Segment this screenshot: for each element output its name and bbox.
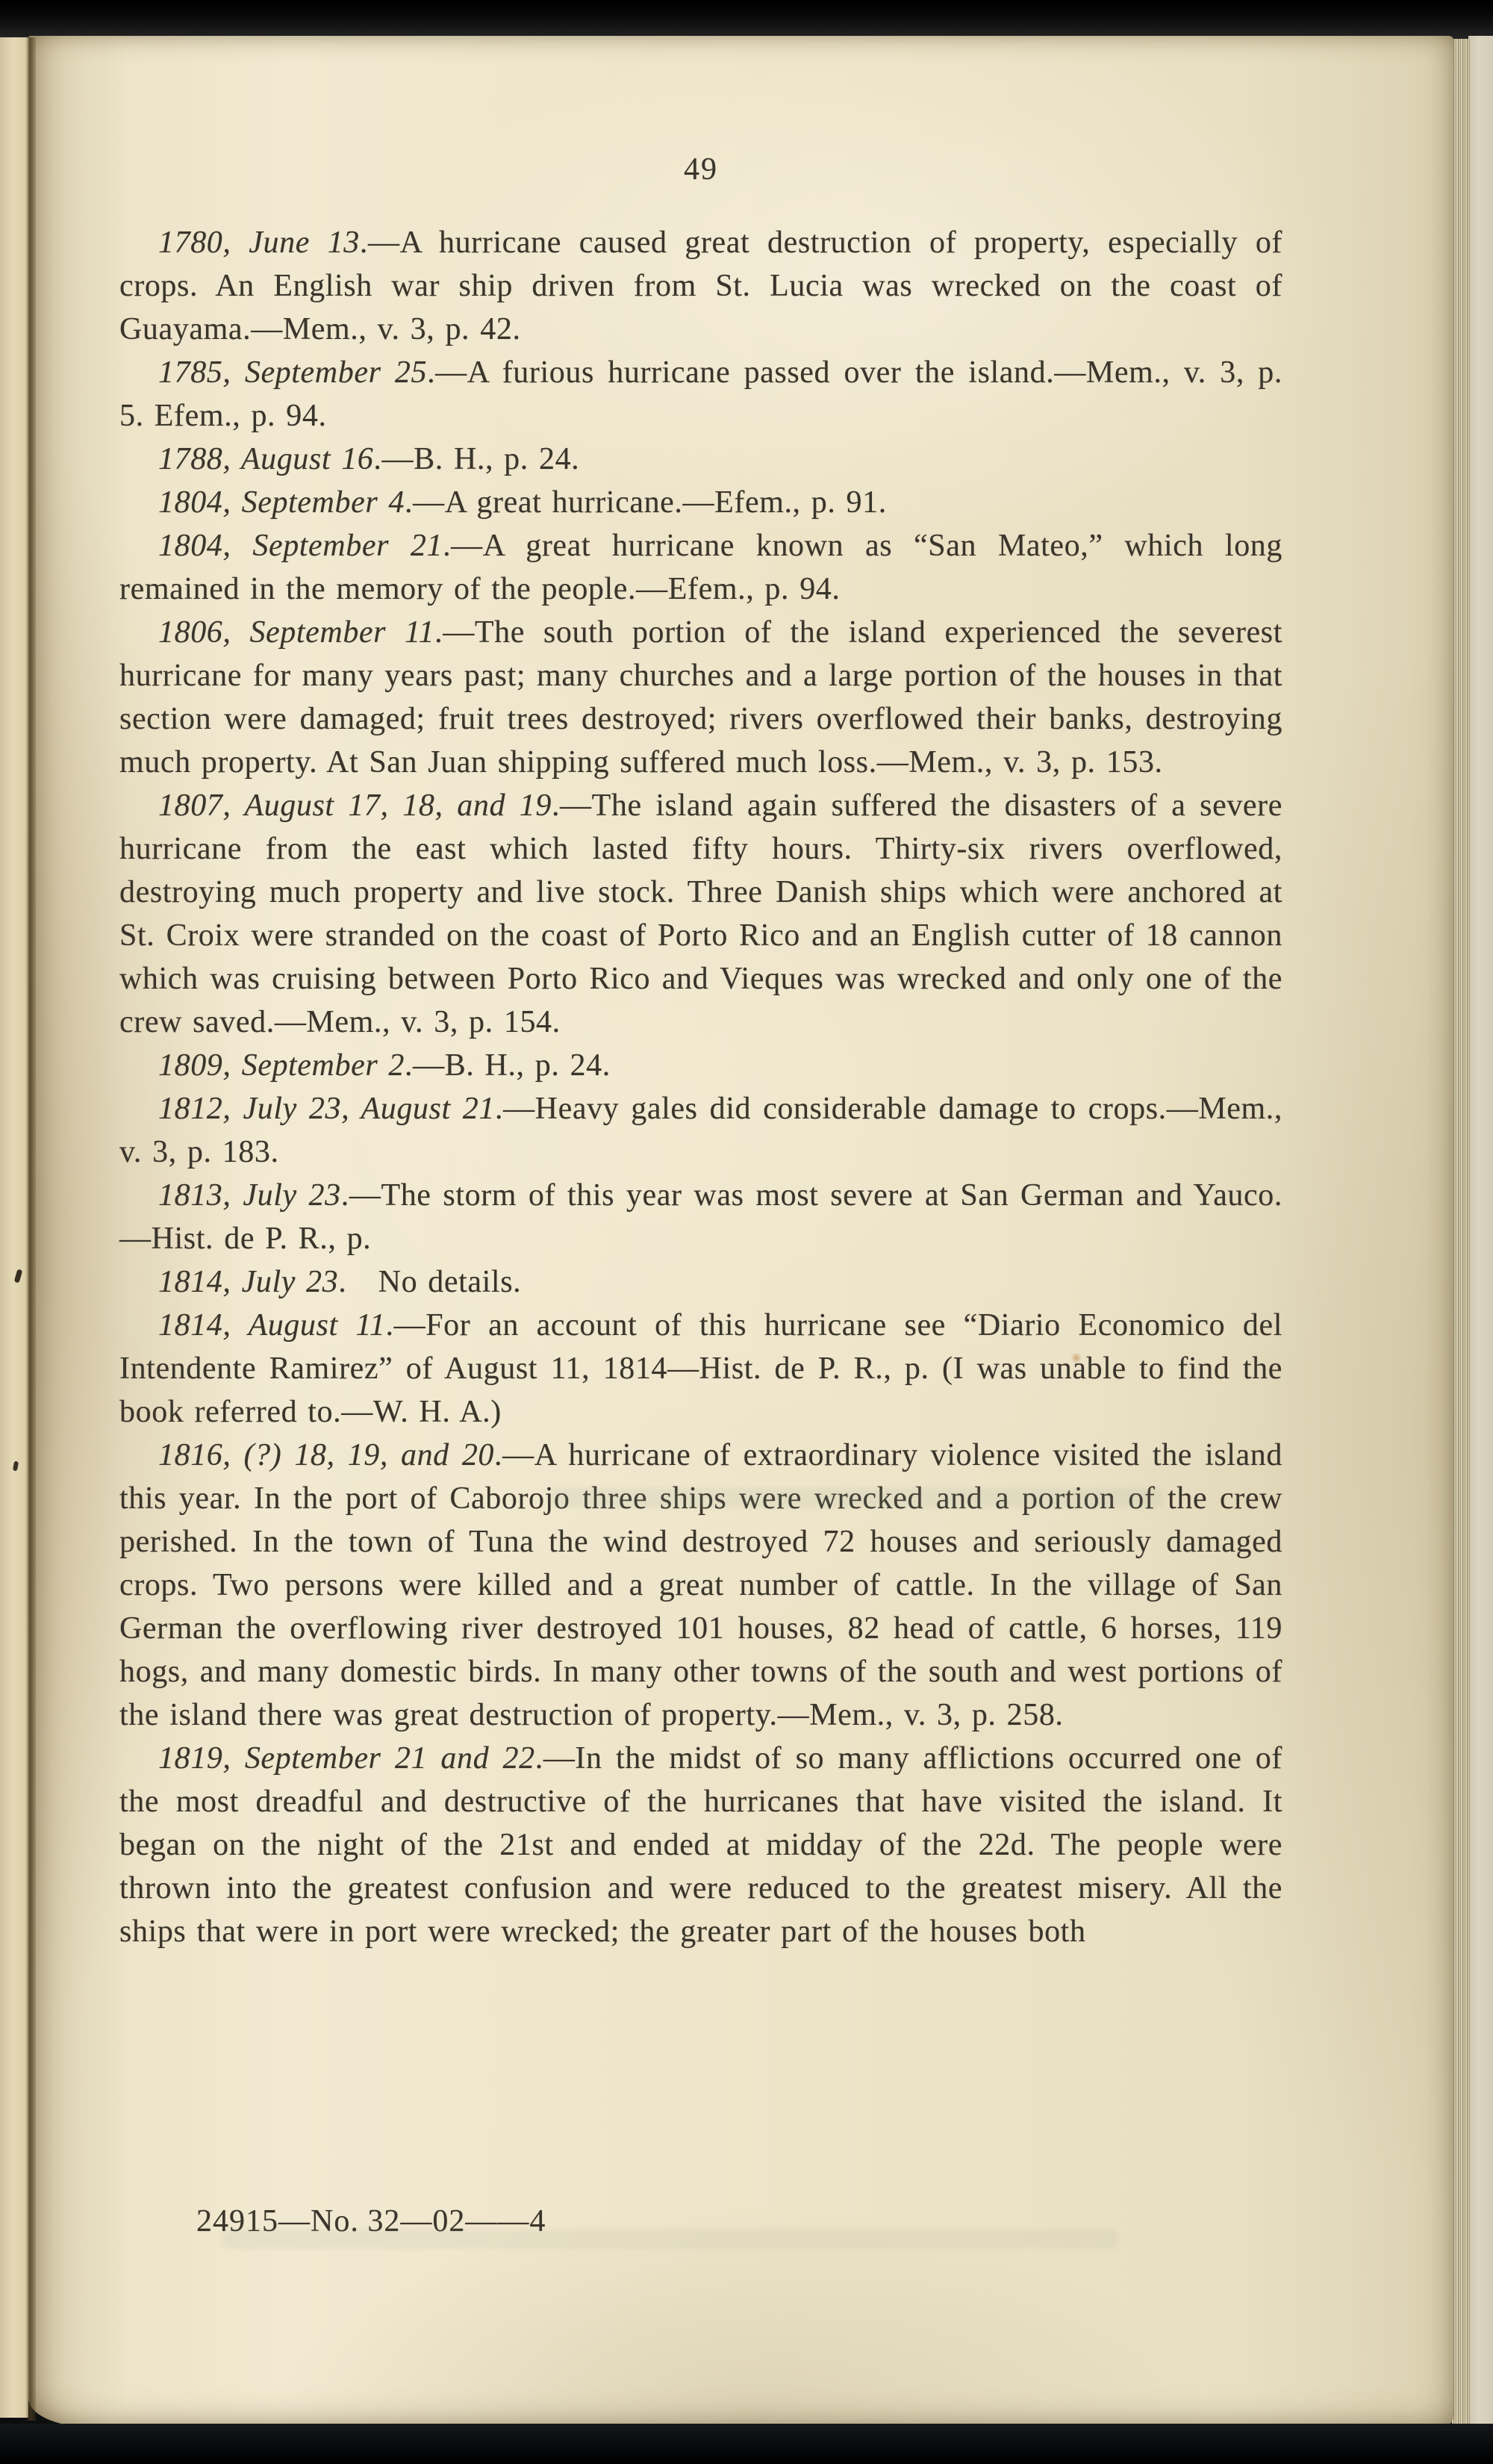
- entry-date: 1809, September 2: [158, 1048, 405, 1083]
- hurricane-entry: 1813, July 23.—The storm of this year wa…: [119, 1174, 1282, 1260]
- book-binding-bottom: [0, 2424, 1493, 2464]
- gutter-shadow: [25, 37, 36, 2421]
- page-stack-edge: [1452, 39, 1470, 2424]
- entry-separator: .—: [552, 788, 592, 823]
- entry-separator: .—: [495, 1092, 535, 1126]
- entry-separator: .—: [434, 615, 475, 650]
- entry-separator: .: [338, 1265, 378, 1299]
- entry-separator: .—: [494, 1438, 534, 1472]
- entry-separator: .—: [535, 1741, 576, 1776]
- entry-date: 1814, August 11: [158, 1308, 386, 1343]
- hurricane-entry: 1814, August 11.—For an account of this …: [119, 1304, 1282, 1434]
- entry-date: 1819, September 21 and 22: [158, 1741, 535, 1776]
- entry-date: 1813, July 23: [158, 1178, 341, 1213]
- entry-separator: .—: [373, 442, 414, 476]
- hurricane-entry: 1819, September 21 and 22.—In the midst …: [119, 1737, 1282, 1953]
- entry-separator: .—: [386, 1308, 426, 1343]
- hurricane-entry: 1785, September 25.—A furious hurricane …: [119, 351, 1282, 438]
- hurricane-entry: 1788, August 16.—B. H., p. 24.: [119, 438, 1282, 481]
- hurricane-entry: 1807, August 17, 18, and 19.—The island …: [119, 784, 1282, 1044]
- hurricane-entry: 1814, July 23. No details.: [119, 1260, 1282, 1304]
- page-edge-left: [0, 37, 28, 2418]
- entry-separator: .—: [443, 529, 483, 563]
- entry-date: 1804, September 4: [158, 485, 405, 520]
- entry-text: The island again suffered the disasters …: [119, 788, 1282, 1039]
- entry-date: 1807, August 17, 18, and 19: [158, 788, 552, 823]
- book-binding-top: [0, 0, 1493, 39]
- show-through-mark: [551, 1488, 1163, 1508]
- entry-date: 1814, July 23: [158, 1265, 338, 1299]
- entry-separator: .—: [405, 1048, 445, 1083]
- entry-text: A hurricane of extraordinary violence vi…: [119, 1438, 1282, 1732]
- hurricane-entry: 1809, September 2.—B. H., p. 24.: [119, 1044, 1282, 1087]
- page-number: 49: [119, 148, 1282, 191]
- hurricane-entry: 1816, (?) 18, 19, and 20.—A hurricane of…: [119, 1434, 1282, 1737]
- hurricane-entry: 1812, July 23, August 21.—Heavy gales di…: [119, 1087, 1282, 1174]
- hurricane-entry: 1806, September 11.—The south portion of…: [119, 611, 1282, 784]
- entry-date: 1780, June 13: [158, 225, 360, 260]
- next-page-edge: [1468, 36, 1493, 2427]
- page-text-column: 49 1780, June 13.—A hurricane caused gre…: [119, 148, 1282, 1953]
- entry-text: B. H., p. 24.: [445, 1048, 611, 1083]
- entry-date: 1806, September 11: [158, 615, 434, 650]
- entry-separator: .—: [427, 355, 467, 390]
- entry-date: 1804, September 21: [158, 529, 443, 563]
- entry-separator: .—: [405, 485, 445, 520]
- entry-date: 1812, July 23, August 21: [158, 1092, 495, 1126]
- entry-list: 1780, June 13.—A hurricane caused great …: [119, 221, 1282, 1953]
- hurricane-entry: 1804, September 21.—A great hurricane kn…: [119, 524, 1282, 611]
- entry-text: B. H., p. 24.: [414, 442, 579, 476]
- entry-date: 1816, (?) 18, 19, and 20: [158, 1438, 494, 1472]
- foxing-spot: [1070, 1353, 1082, 1363]
- entry-text: A great hurricane.—Efem., p. 91.: [445, 485, 887, 520]
- hurricane-entry: 1804, September 4.—A great hurricane.—Ef…: [119, 481, 1282, 524]
- hurricane-entry: 1780, June 13.—A hurricane caused great …: [119, 221, 1282, 351]
- entry-separator: .—: [360, 225, 400, 260]
- entry-separator: .—: [341, 1178, 381, 1213]
- book-page: 49 1780, June 13.—A hurricane caused gre…: [28, 36, 1453, 2427]
- entry-date: 1788, August 16: [158, 442, 373, 476]
- show-through-mark: [222, 2230, 1118, 2249]
- entry-text: No details.: [378, 1265, 522, 1299]
- entry-date: 1785, September 25: [158, 355, 427, 390]
